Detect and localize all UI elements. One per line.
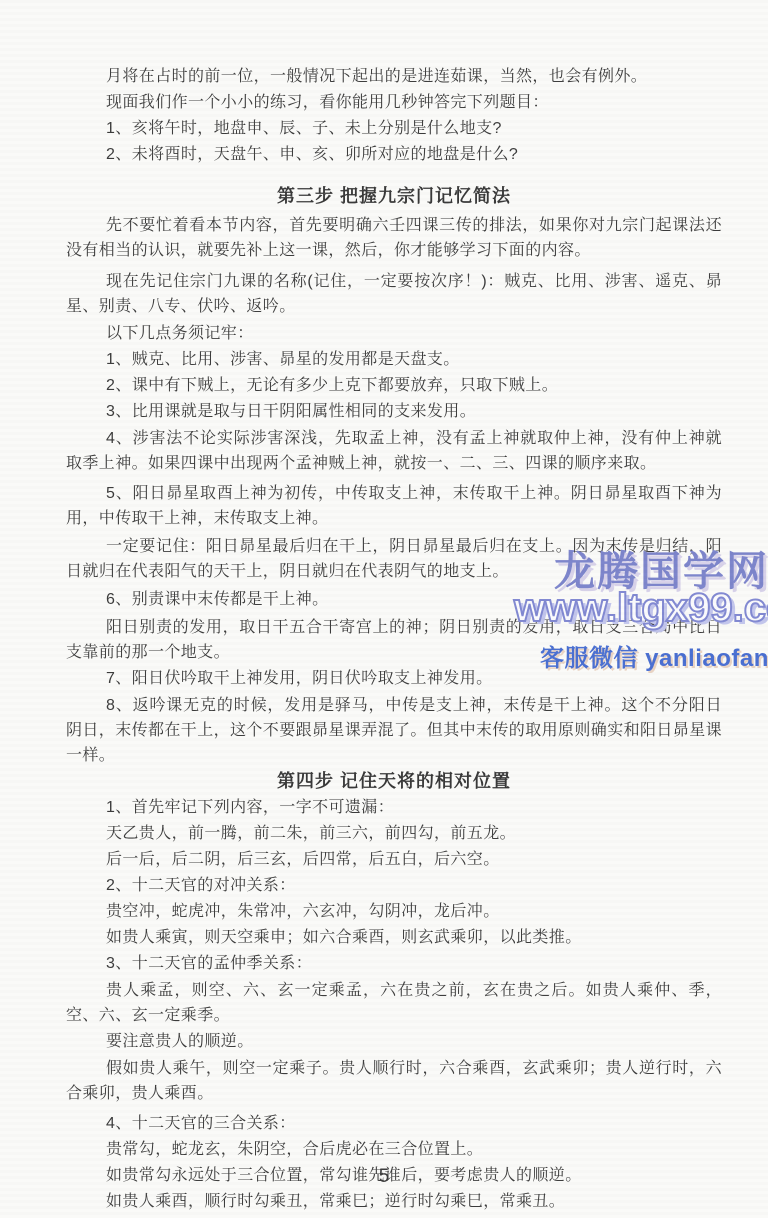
paragraph: 一定要记住：阳日昴星最后归在干上，阴日昴星最后归在支上。因为末传是归结，阳日就归… xyxy=(66,534,722,584)
paragraph: 1、首先牢记下列内容，一字不可遗漏： xyxy=(66,795,722,820)
paragraph: 以下几点务须记牢： xyxy=(66,321,722,346)
paragraph: 2、未将酉时，天盘午、申、亥、卯所对应的地盘是什么? xyxy=(66,142,722,167)
paragraph: 如贵人乘酉，顺行时勾乘丑，常乘巳；逆行时勾乘巳，常乘丑。 xyxy=(66,1189,722,1214)
paragraph: 天乙贵人，前一腾，前二朱，前三六，前四勾，前五龙。 xyxy=(66,821,722,846)
paragraph: 6、别责课中末传都是干上神。 xyxy=(66,587,722,612)
paragraph: 4、涉害法不论实际涉害深浅，先取孟上神，没有孟上神就取仲上神，没有仲上神就取季上… xyxy=(66,426,722,476)
page-number: 5 xyxy=(0,1166,768,1188)
paragraph: 先不要忙着看本节内容，首先要明确六壬四课三传的排法，如果你对九宗门起课法还没有相… xyxy=(66,213,722,263)
section-title-step3: 第三步 把握九宗门记忆简法 xyxy=(66,184,722,209)
paragraph: 5、阳日昴星取酉上神为初传，中传取支上神，末传取干上神。阴日昴星取酉下神为用，中… xyxy=(66,481,722,531)
paragraph: 3、十二天官的孟仲季关系： xyxy=(66,951,722,976)
paragraph: 如贵人乘寅，则天空乘申；如六合乘酉，则玄武乘卯，以此类推。 xyxy=(66,925,722,950)
paragraph: 后一后，后二阴，后三玄，后四常，后五白，后六空。 xyxy=(66,847,722,872)
paragraph: 1、亥将午时，地盘申、辰、子、未上分别是什么地支? xyxy=(66,116,722,141)
section-title-step4: 第四步 记住天将的相对位置 xyxy=(66,769,722,794)
paragraph: 2、课中有下贼上，无论有多少上克下都要放弃，只取下贼上。 xyxy=(66,373,722,398)
paragraph: 阳日别责的发用，取日干五合干寄宫上的神；阴日别责的发用，取日支三合局中比日支靠前… xyxy=(66,615,722,665)
paragraph: 假如贵人乘午，则空一定乘子。贵人顺行时，六合乘酉，玄武乘卯；贵人逆行时，六合乘卯… xyxy=(66,1056,722,1106)
paragraph: 现面我们作一个小小的练习，看你能用几秒钟答完下列题目： xyxy=(66,90,722,115)
paragraph: 4、十二天官的三合关系： xyxy=(66,1111,722,1136)
paragraph: 现在先记住宗门九课的名称(记住，一定要按次序！)：贼克、比用、涉害、遥克、昴星、… xyxy=(66,269,722,319)
paragraph: 8、返吟课无克的时候，发用是驿马，中传是支上神，末传是干上神。这个不分阳日阴日，… xyxy=(66,693,722,768)
document-body: 月将在占时的前一位，一般情况下起出的是进连茹课，当然，也会有例外。 现面我们作一… xyxy=(66,64,722,1215)
paragraph: 贵常勾，蛇龙玄，朱阴空，合后虎必在三合位置上。 xyxy=(66,1137,722,1162)
paragraph: 贵空冲，蛇虎冲，朱常冲，六玄冲，勾阴冲，龙后冲。 xyxy=(66,899,722,924)
paragraph: 要注意贵人的顺逆。 xyxy=(66,1029,722,1054)
paragraph: 贵人乘孟，则空、六、玄一定乘孟，六在贵之前，玄在贵之后。如贵人乘仲、季，空、六、… xyxy=(66,978,722,1028)
paragraph: 3、比用课就是取与日干阴阳属性相同的支来发用。 xyxy=(66,399,722,424)
paragraph: 2、十二天官的对冲关系： xyxy=(66,873,722,898)
document-page: 月将在占时的前一位，一般情况下起出的是进连茹课，当然，也会有例外。 现面我们作一… xyxy=(0,0,768,1218)
paragraph: 月将在占时的前一位，一般情况下起出的是进连茹课，当然，也会有例外。 xyxy=(66,64,722,89)
paragraph: 7、阳日伏吟取干上神发用，阴日伏吟取支上神发用。 xyxy=(66,666,722,691)
paragraph: 1、贼克、比用、涉害、昴星的发用都是天盘支。 xyxy=(66,347,722,372)
